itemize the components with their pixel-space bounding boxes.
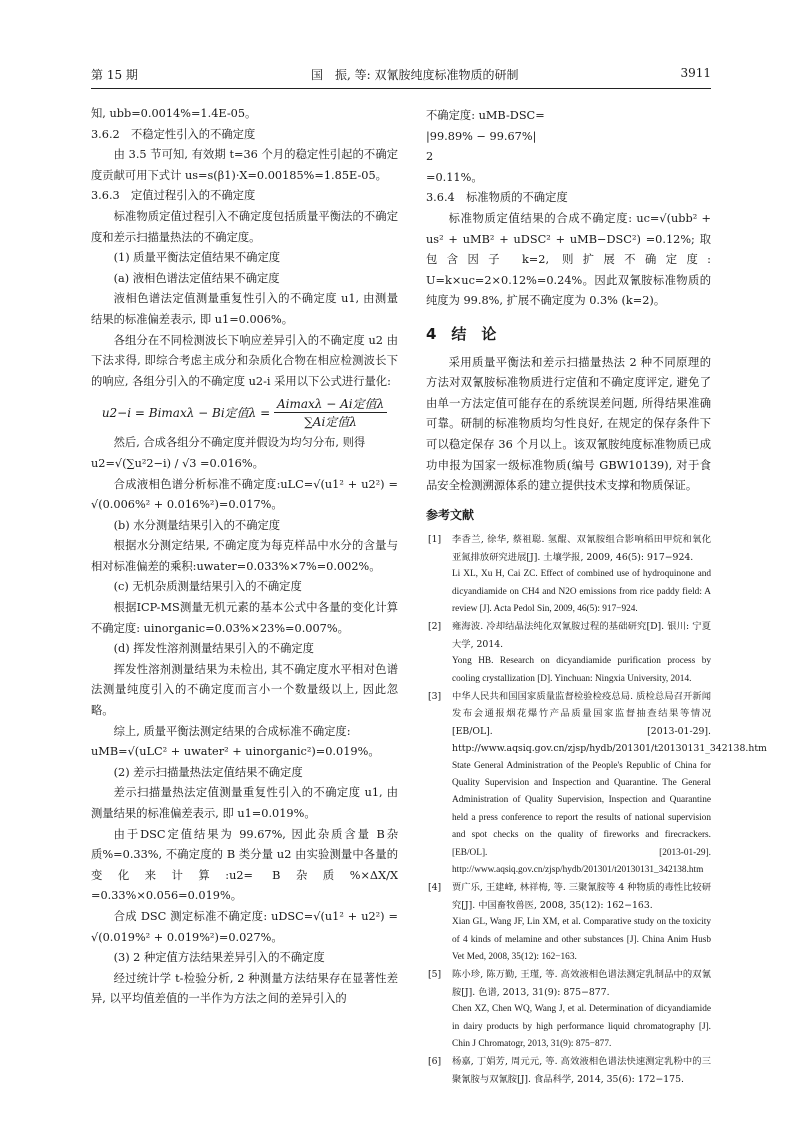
left-column: 知, ubb=0.0014%=1.4E-05。 3.6.2不稳定性引入的不确定度… [91, 104, 398, 1010]
reference-item: [6] 杨嘉, 丁娟芳, 周元元, 等. 高效液相色谱法快速测定乳粉中的三聚氰胺… [426, 1053, 711, 1088]
references-list: [1] 李香兰, 徐华, 蔡祖聪. 氢醌、双氰胺组合影响稻田甲烷和氧化亚氮排放研… [426, 531, 711, 1088]
reference-item: [1] 李香兰, 徐华, 蔡祖聪. 氢醌、双氰胺组合影响稻田甲烷和氧化亚氮排放研… [426, 531, 711, 618]
paragraph-water: 根据水分测定结果, 不确定度为每克样品中水分的含量与相对标准偏差的乘积:uwat… [91, 536, 398, 577]
paragraph-inorganic: 根据ICP-MS测量无机元素的基本公式中各量的变化计算不确定度: uinorga… [91, 598, 398, 639]
item-1c: (c) 无机杂质测量结果引入的不确定度 [91, 577, 398, 598]
conclusion-paragraph: 采用质量平衡法和差示扫描量热法 2 种不同原理的方法对双氰胺标准物质进行定值和不… [426, 353, 711, 497]
item-1: (1) 质量平衡法定值结果不确定度 [91, 248, 398, 269]
formula-u2i: u2−i = Bimaxλ − Bi定值λ = Aimaxλ − Ai定值λ ∑… [91, 396, 398, 431]
section-3-6-2-heading: 3.6.2不稳定性引入的不确定度 [91, 125, 398, 146]
paragraph-dsc-u1: 差示扫描量热法定值测量重复性引入的不确定度 u1, 由测量结果的标准偏差表示, … [91, 783, 398, 824]
item-2: (2) 差示扫描量热法定值结果不确定度 [91, 763, 398, 784]
paragraph-udsc: 合成 DSC 测定标准不确定度: uDSC=√(u1² + u2²) = √(0… [91, 907, 398, 948]
section-4-heading: 4 结 论 [426, 324, 711, 345]
page-number: 3911 [680, 66, 711, 80]
paragraph-uniform: 然后, 合成各组分不确定度并假设为均匀分布, 则得 [91, 433, 398, 454]
umb-dsc-formula: 不确定度: uMB-DSC= [426, 106, 711, 127]
paragraph-u2: 各组分在不同检测波长下响应差异引入的不确定度 u2 由下法求得, 即综合考虑主成… [91, 331, 398, 393]
issue-label: 第 15 期 [91, 66, 138, 83]
section-3-6-4-heading: 3.6.4标准物质的不确定度 [426, 188, 711, 209]
reference-item: [2] 雍海波. 冷却结晶法纯化双氰胺过程的基础研究[D]. 银川: 宁夏大学,… [426, 618, 711, 688]
paragraph-process: 标准物质定值过程引入不确定度包括质量平衡法的不确定度和差示扫描量热法的不确定度。 [91, 207, 398, 248]
u2-result: u2=√(∑u²2−i) / √3 =0.016%。 [91, 454, 398, 475]
paragraph-ulc: 合成液相色谱分析标准不确定度:uLC=√(u1² + u2²) = √(0.00… [91, 475, 398, 516]
item-3: (3) 2 种定值方法结果差异引入的不确定度 [91, 948, 398, 969]
paragraph-stability: 由 3.5 节可知, 有效期 t=36 个月的稳定性引起的不确定度贡献可用下式计… [91, 145, 398, 186]
paragraph-u1: 液相色谱法定值测量重复性引入的不确定度 u1, 由测量结果的标准偏差表示, 即 … [91, 289, 398, 330]
paragraph-dsc-b: 由于DSC定值结果为 99.67%, 因此杂质含量 B杂质%=0.33%, 不确… [91, 825, 398, 907]
references-heading: 参考文献 [426, 505, 711, 526]
paragraph-summary: 综上, 质量平衡法测定结果的合成标准不确定度: [91, 722, 398, 743]
paragraph-uc: 标准物质定值结果的合成不确定度: uc=√(ubb² + us² + uMB² … [426, 209, 711, 312]
item-1a: (a) 液相色谱法定值结果不确定度 [91, 269, 398, 290]
reference-item: [3] 中华人民共和国国家质量监督检验检疫总局. 质检总局召开新闻发布会通报烟花… [426, 688, 711, 879]
reference-item: [5] 陈小珍, 陈万勤, 王瑾, 等. 高效液相色谱法测定乳制品中的双氰胺[J… [426, 966, 711, 1053]
section-3-6-3-heading: 3.6.3定值过程引入的不确定度 [91, 186, 398, 207]
reference-item: [4] 贾广乐, 王建峰, 林祥梅, 等. 三聚氰胺等 4 种物质的毒性比较研究… [426, 879, 711, 966]
paragraph-volatile: 挥发性溶剂测量结果为未检出, 其不确定度水平相对色谱法测量纯度引入的不确定度而言… [91, 660, 398, 722]
running-title: 国 振, 等: 双氰胺纯度标准物质的研制 [311, 66, 519, 83]
page-header: 第 15 期 国 振, 等: 双氰胺纯度标准物质的研制 3911 [91, 64, 711, 89]
item-1d: (d) 挥发性溶剂测量结果引入的不确定度 [91, 639, 398, 660]
item-1b: (b) 水分测量结果引入的不确定度 [91, 516, 398, 537]
umb-formula: uMB=√(uLC² + uwater² + uinorganic²)=0.01… [91, 742, 398, 763]
formula-fraction: Aimaxλ − Ai定值λ ∑Ai定值λ [274, 396, 387, 431]
paragraph-ttest: 经过统计学 t-检验分析, 2 种测量方法结果存在显著性差异, 以平均值差值的一… [91, 969, 398, 1010]
right-column: 不确定度: uMB-DSC= |99.89% − 99.67%| 2 =0.11… [426, 104, 711, 1088]
ubb-line: 知, ubb=0.0014%=1.4E-05。 [91, 104, 398, 125]
